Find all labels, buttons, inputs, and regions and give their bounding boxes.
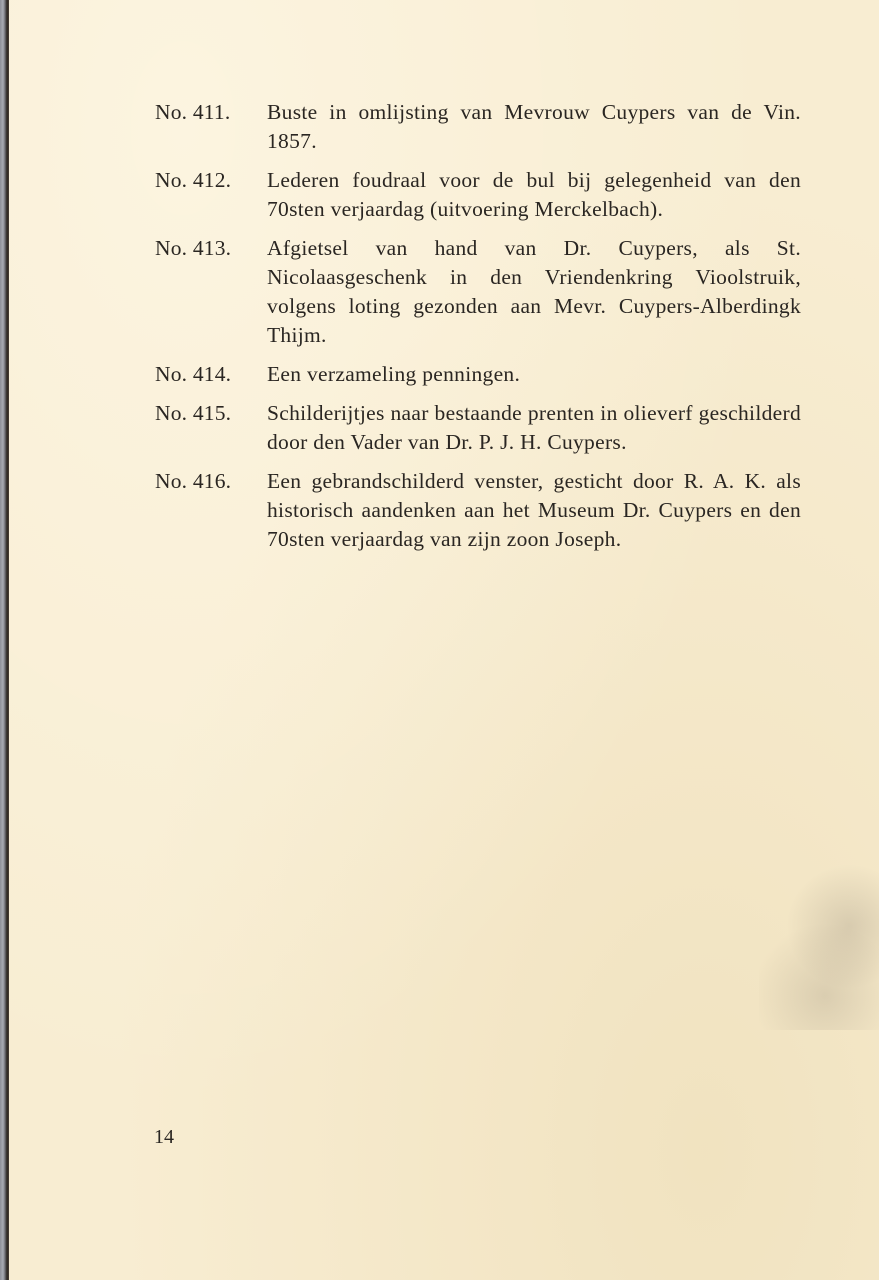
entry-description: Buste in omlijsting van Mevrouw Cuypers … [267, 98, 801, 156]
catalogue-entry-415: No. 415. Schilderijtjes naar bestaande p… [155, 399, 801, 457]
entry-description: Lederen foudraal voor de bul bij gelegen… [267, 166, 801, 224]
catalogue-entry-411: No. 411. Buste in omlijsting van Mevrouw… [155, 98, 801, 156]
book-page: No. 411. Buste in omlijsting van Mevrouw… [9, 0, 879, 1280]
entry-number: No. 416. [155, 467, 267, 554]
catalogue-entry-413: No. 413. Afgietsel van hand van Dr. Cuyp… [155, 234, 801, 350]
catalogue-entry-416: No. 416. Een gebrandschilderd venster, g… [155, 467, 801, 554]
entry-number: No. 414. [155, 360, 267, 389]
page-number: 14 [154, 1126, 174, 1149]
book-binding-edge [0, 0, 9, 1280]
entry-description: Schilderijtjes naar bestaande prenten in… [267, 399, 801, 457]
entry-description: Afgietsel van hand van Dr. Cuypers, als … [267, 234, 801, 350]
catalogue-entry-414: No. 414. Een verzameling penningen. [155, 360, 801, 389]
entry-number: No. 411. [155, 98, 267, 156]
bleed-through-texture [759, 800, 879, 1030]
entry-number: No. 412. [155, 166, 267, 224]
catalogue-entry-412: No. 412. Lederen foudraal voor de bul bi… [155, 166, 801, 224]
entry-description: Een gebrandschilderd venster, gesticht d… [267, 467, 801, 554]
entry-description: Een verzameling penningen. [267, 360, 801, 389]
entry-number: No. 415. [155, 399, 267, 457]
entry-number: No. 413. [155, 234, 267, 350]
catalogue-list: No. 411. Buste in omlijsting van Mevrouw… [155, 98, 801, 564]
